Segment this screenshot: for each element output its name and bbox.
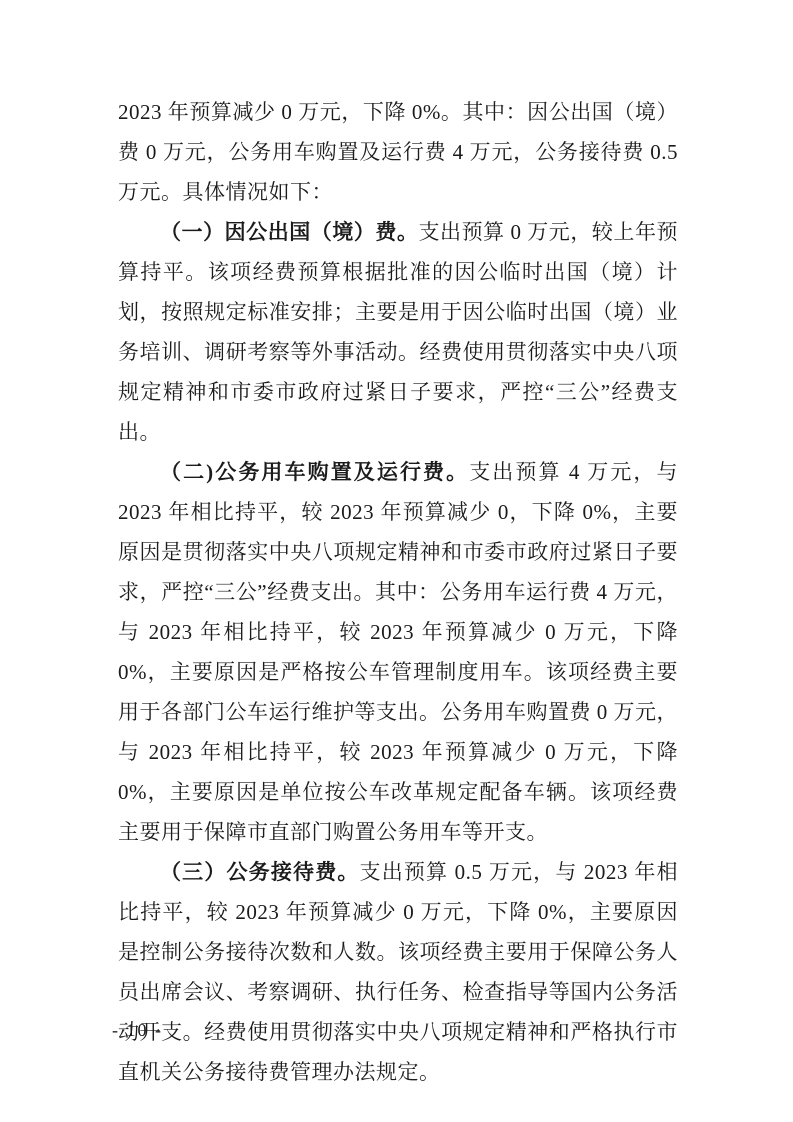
paragraph-intro: 2023 年预算减少 0 万元，下降 0%。其中：因公出国（境）费 0 万元，公… [118, 92, 678, 212]
paragraph-section-3-official-reception: （三）公务接待费。支出预算 0.5 万元，与 2023 年相比持平，较 2023… [118, 852, 678, 1092]
paragraph-intro-body: 2023 年预算减少 0 万元，下降 0%。其中：因公出国（境）费 0 万元，公… [118, 100, 678, 204]
section-1-heading: （一）因公出国（境）费。 [160, 220, 419, 244]
section-1-body: 支出预算 0 万元，较上年预算持平。该项经费预算根据批准的因公临时出国（境）计划… [118, 220, 678, 444]
paragraph-section-1-overseas-trips: （一）因公出国（境）费。支出预算 0 万元，较上年预算持平。该项经费预算根据批准… [118, 212, 678, 452]
section-2-body: 支出预算 4 万元，与 2023 年相比持平，较 2023 年预算减少 0，下降… [118, 460, 678, 844]
section-2-heading: （二)公务用车购置及运行费。 [160, 460, 469, 484]
section-3-heading: （三）公务接待费。 [160, 860, 360, 884]
section-3-body: 支出预算 0.5 万元，与 2023 年相比持平，较 2023 年预算减少 0 … [118, 860, 678, 1084]
document-page: 2023 年预算减少 0 万元，下降 0%。其中：因公出国（境）费 0 万元，公… [0, 0, 793, 1122]
document-content: 2023 年预算减少 0 万元，下降 0%。其中：因公出国（境）费 0 万元，公… [118, 92, 678, 1092]
paragraph-section-2-official-vehicles: （二)公务用车购置及运行费。支出预算 4 万元，与 2023 年相比持平，较 2… [118, 452, 678, 852]
page-number: - 10 - [112, 1016, 163, 1044]
